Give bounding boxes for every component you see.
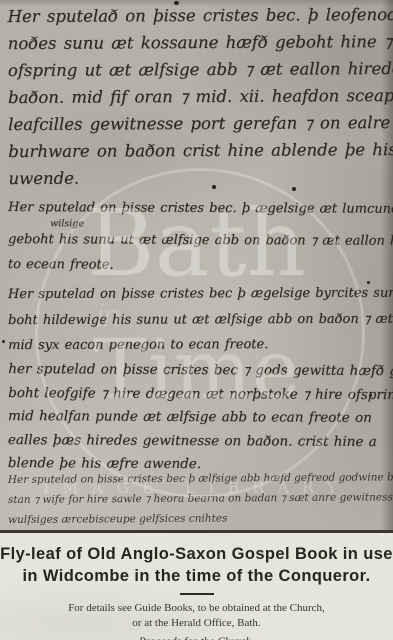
caption-title: Fly-leaf of Old Anglo-Saxon Gospel Book … [0,544,393,588]
caption-panel: Fly-leaf of Old Anglo-Saxon Gospel Book … [0,533,393,640]
ink-speck [292,187,296,191]
title-divider [180,593,214,595]
manuscript-line: noðes sunu æt kossaune hæfð geboht hine … [8,28,389,57]
manuscript-line: stan ⁊ wife for hire sawle ⁊ heora bearn… [8,487,389,510]
ink-speck [367,281,370,284]
caption-title-line2: in Widcombe in the time of the Conqueror… [0,566,393,588]
manuscript-line: mid syx eacon penegon to ecan freote. [8,331,389,358]
manuscript-line: Her sputelad on þisse cristes bec þ ælfs… [8,467,389,490]
manuscript-text: Her sputelað on þisse cristes bec. þ leo… [0,0,393,530]
manuscript-line: Her sputelad on þisse cristes bec þ ægel… [8,280,389,307]
manuscript-line: her sputelad on þisse cristes bec ⁊ gods… [8,358,389,383]
caption-details-line2: or at the Herald Office, Bath. [0,616,393,631]
manuscript-line: ofspring ut æt ælfsige abb ⁊ æt eallon h… [8,55,389,84]
manuscript-line: to ecean freote. [8,252,389,279]
manuscript-line: mid healfan punde æt ælfsige abb to ecan… [8,405,389,430]
manuscript-photo: Her sputelað on þisse cristes bec. þ leo… [0,0,393,533]
manuscript-paragraph: Her sputelad on þisse cristes bec. þ æge… [8,195,389,279]
caption-details-line1: For details see Guide Books, to be obtai… [0,601,393,616]
caption-proceeds: Proceeds for the Church. [0,636,393,640]
ink-speck [369,394,372,397]
manuscript-line: Her sputelað on þisse cristes bec. þ leo… [8,1,389,30]
ink-speck [212,185,216,189]
manuscript-paragraph: her sputelad on þisse cristes bec ⁊ gods… [8,358,390,477]
postcard: Her sputelað on þisse cristes bec. þ leo… [0,0,393,640]
manuscript-line: boht leofgife ⁊ hire dægean æt norþstoke… [8,382,389,407]
manuscript-line: burhware on baðon crist hine ablende þe … [8,136,389,165]
manuscript-paragraph: Her sputelad on þisse cristes bec þ ægel… [8,280,389,358]
manuscript-paragraph: Her sputelad on þisse cristes bec þ ælfs… [8,467,389,530]
ink-speck [174,1,179,5]
caption-details: For details see Guide Books, to be obtai… [0,601,393,631]
ink-speck [2,340,5,343]
manuscript-line: geboht his sunu ut æt ælfsige abb on bað… [8,227,389,254]
manuscript-line: ealles þæs hiredes gewitnesse on baðon. … [8,428,389,453]
caption-title-line1: Fly-leaf of Old Anglo-Saxon Gospel Book … [0,544,393,566]
manuscript-line: wulfsiges ærcebisceupe gelfsices cnihtes [8,507,389,530]
manuscript-line: baðon. mid fif oran ⁊ mid. xii. heafdon … [8,82,389,111]
manuscript-paragraph: Her sputelað on þisse cristes bec. þ leo… [8,1,390,192]
manuscript-line: leafcilles gewitnesse port gerefan ⁊ on … [8,109,389,138]
manuscript-line: boht hildewige his sunu ut æt ælfsige ab… [8,306,389,333]
manuscript-line: uwende. [8,163,389,192]
